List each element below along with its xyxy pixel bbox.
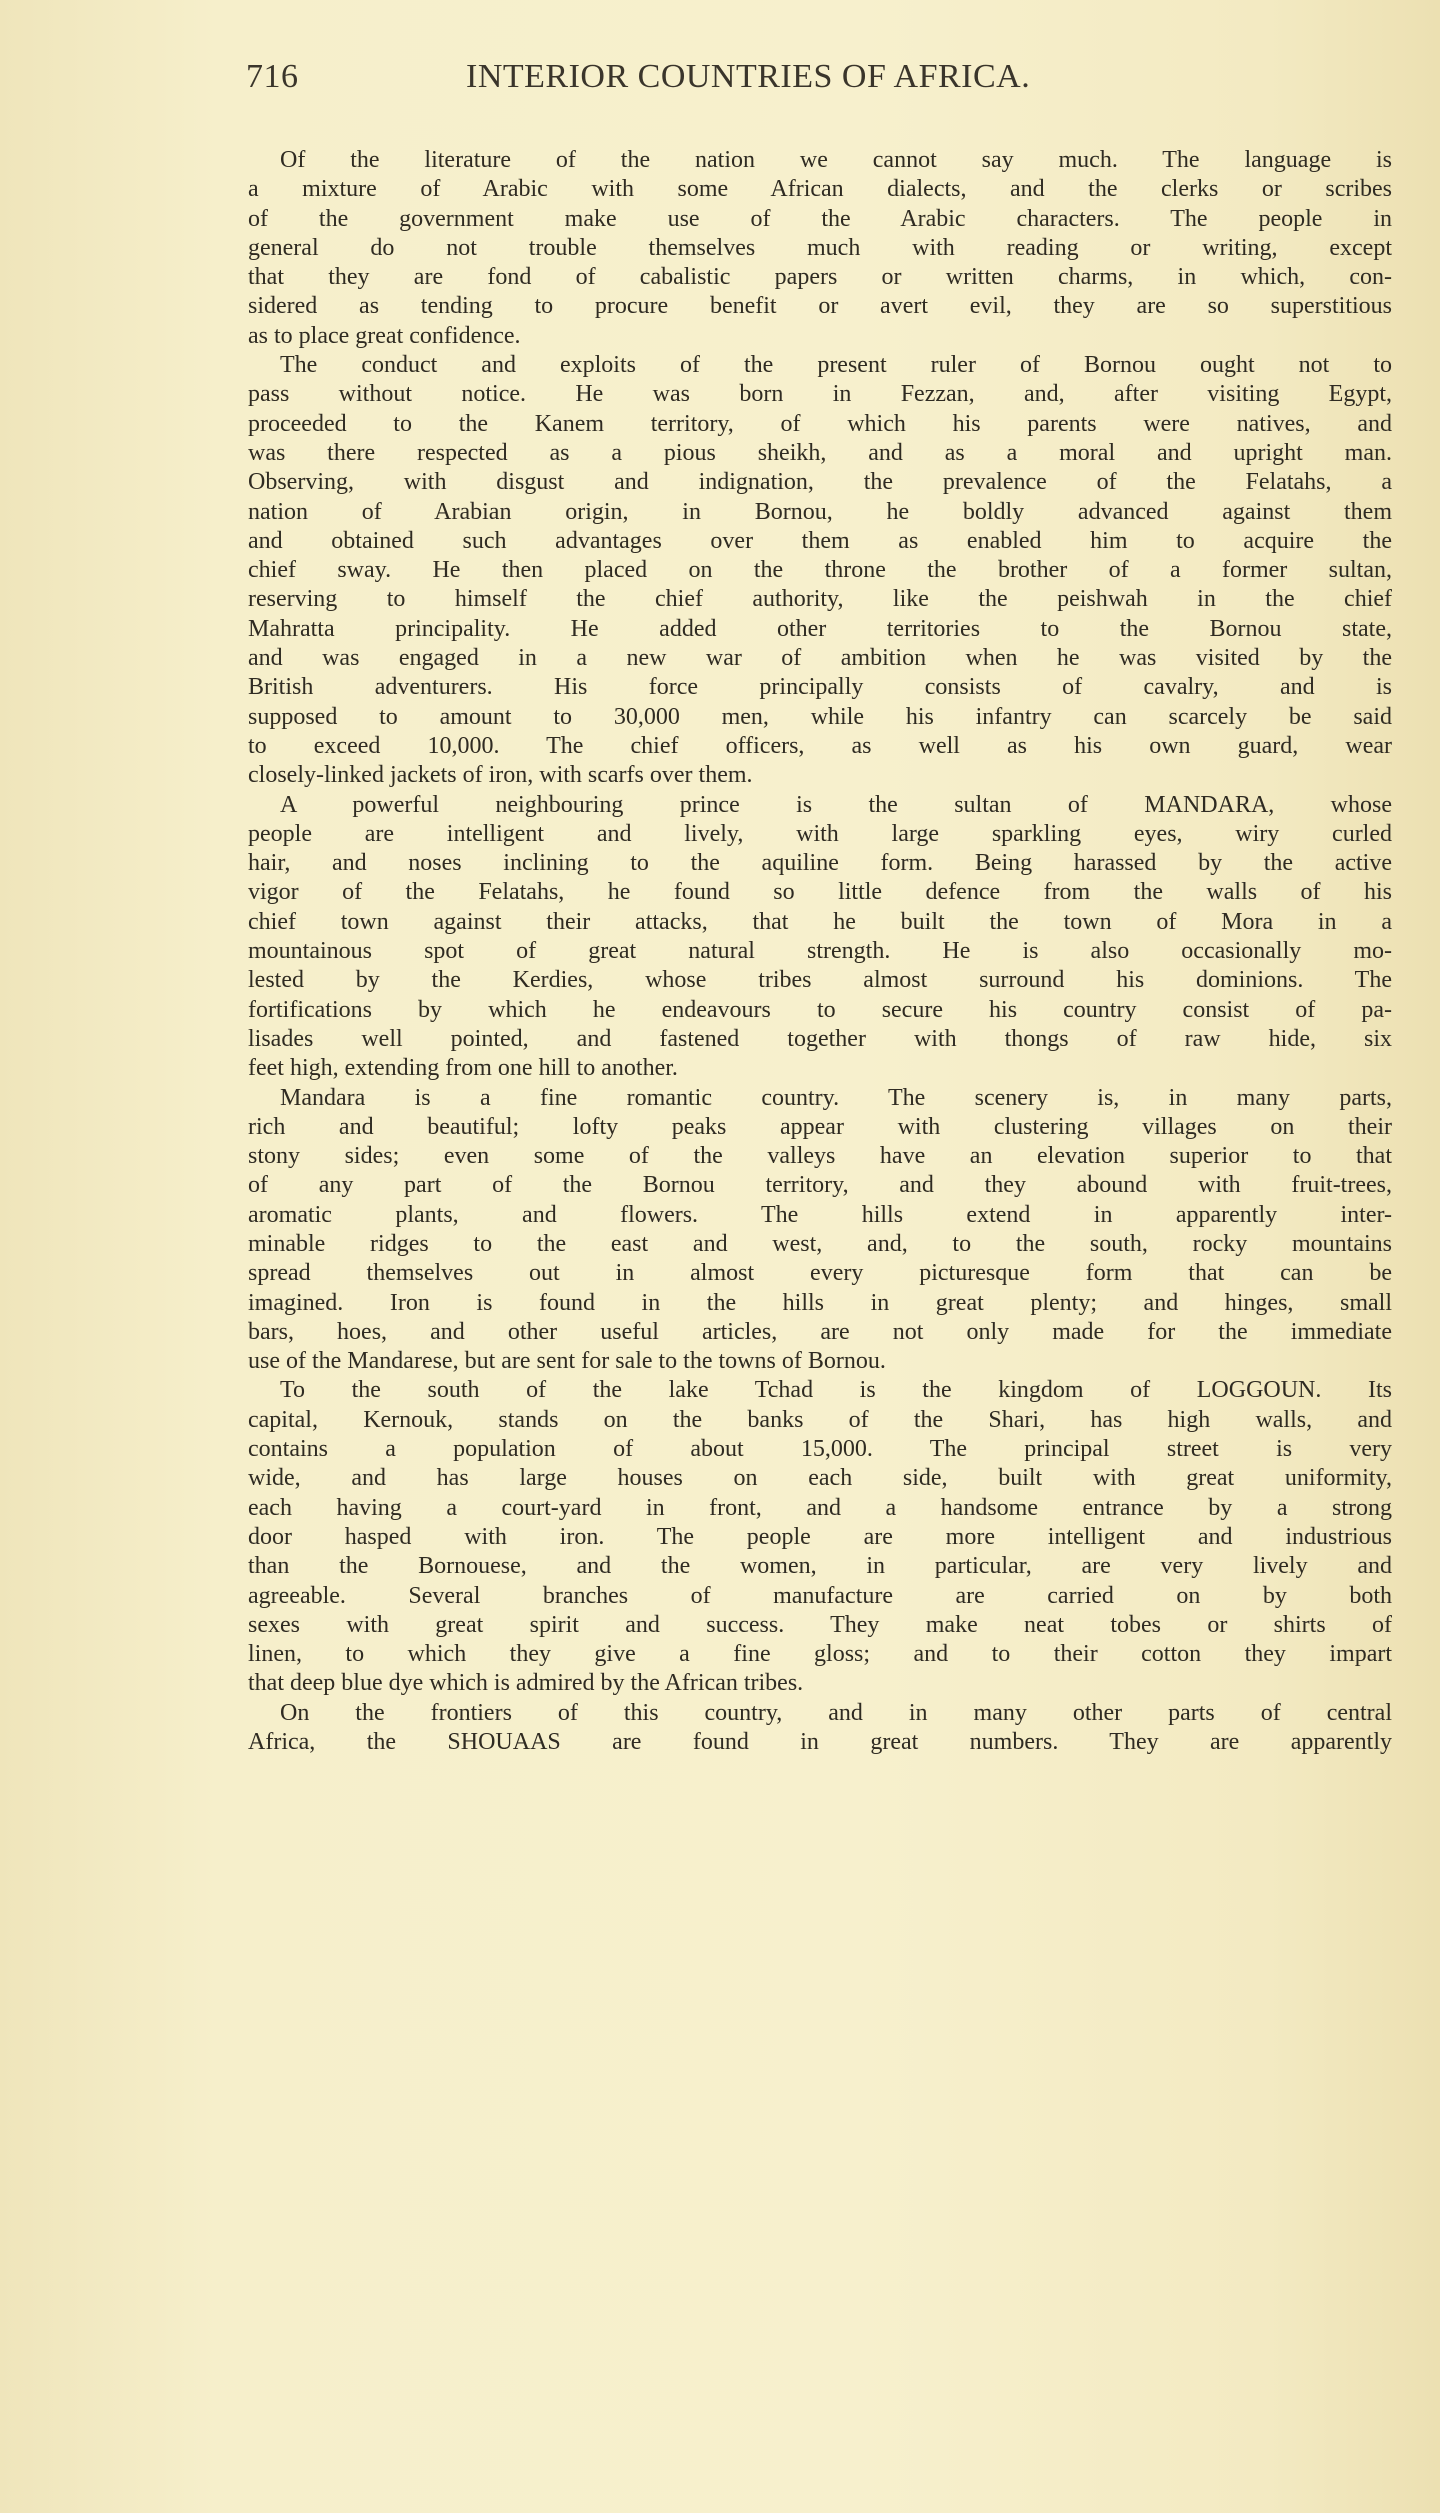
text-line: lested by the Kerdies, whose tribes almo… — [248, 966, 1392, 995]
text-line: pass without notice. He was born in Fezz… — [248, 380, 1392, 409]
paragraph-loggoun: To the south of the lake Tchad is the ki… — [248, 1376, 1392, 1698]
text-line: The conduct and exploits of the present … — [248, 351, 1392, 380]
text-line: Mandara is a fine romantic country. The … — [248, 1084, 1392, 1113]
text-line: as to place great confidence. — [248, 322, 1392, 351]
text-line: contains a population of about 15,000. T… — [248, 1435, 1392, 1464]
paragraph-literature: Of the literature of the nation we canno… — [248, 146, 1392, 351]
text-line: hair, and noses inclining to the aquilin… — [248, 849, 1392, 878]
text-line: each having a court-yard in front, and a… — [248, 1494, 1392, 1523]
text-line: capital, Kernouk, stands on the banks of… — [248, 1406, 1392, 1435]
text-line: spread themselves out in almost every pi… — [248, 1259, 1392, 1288]
text-line: rich and beautiful; lofty peaks appear w… — [248, 1113, 1392, 1142]
text-line: agreeable. Several branches of manufactu… — [248, 1582, 1392, 1611]
text-line: minable ridges to the east and west, and… — [248, 1230, 1392, 1259]
text-line: and obtained such advantages over them a… — [248, 527, 1392, 556]
text-line: Mahratta principality. He added other te… — [248, 615, 1392, 644]
text-line: British adventurers. His force principal… — [248, 673, 1392, 702]
text-line: of the government make use of the Arabic… — [248, 205, 1392, 234]
text-line: Of the literature of the nation we canno… — [248, 146, 1392, 175]
running-title: INTERIOR COUNTRIES OF AFRICA. — [466, 58, 1030, 96]
text-line: reserving to himself the chief authority… — [248, 585, 1392, 614]
paragraph-ruler-of-bornou: The conduct and exploits of the present … — [248, 351, 1392, 790]
text-line: to exceed 10,000. The chief officers, as… — [248, 732, 1392, 761]
text-line: fortifications by which he endeavours to… — [248, 996, 1392, 1025]
text-line: chief sway. He then placed on the throne… — [248, 556, 1392, 585]
text-line: that they are fond of cabalistic papers … — [248, 263, 1392, 292]
text-line: stony sides; even some of the valleys ha… — [248, 1142, 1392, 1171]
text-line: Africa, the SHOUAAS are found in great n… — [248, 1728, 1392, 1757]
text-line: proceeded to the Kanem territory, of whi… — [248, 410, 1392, 439]
text-line: sidered as tending to procure benefit or… — [248, 292, 1392, 321]
paragraph-mandara-country: Mandara is a fine romantic country. The … — [248, 1084, 1392, 1377]
text-line: bars, hoes, and other useful articles, a… — [248, 1318, 1392, 1347]
text-line: use of the Mandarese, but are sent for s… — [248, 1347, 1392, 1376]
text-line: was there respected as a pious sheikh, a… — [248, 439, 1392, 468]
text-line: that deep blue dye which is admired by t… — [248, 1669, 1392, 1698]
text-line: To the south of the lake Tchad is the ki… — [248, 1376, 1392, 1405]
text-line: sexes with great spirit and success. The… — [248, 1611, 1392, 1640]
text-line: closely-linked jackets of iron, with sca… — [248, 761, 1392, 790]
text-line: feet high, extending from one hill to an… — [248, 1054, 1392, 1083]
text-line: people are intelligent and lively, with … — [248, 820, 1392, 849]
text-line: mountainous spot of great natural streng… — [248, 937, 1392, 966]
text-line: a mixture of Arabic with some African di… — [248, 175, 1392, 204]
text-line: Observing, with disgust and indignation,… — [248, 468, 1392, 497]
text-line: and was engaged in a new war of ambition… — [248, 644, 1392, 673]
text-line: wide, and has large houses on each side,… — [248, 1464, 1392, 1493]
text-line: nation of Arabian origin, in Bornou, he … — [248, 498, 1392, 527]
body-text: Of the literature of the nation we canno… — [248, 146, 1392, 1757]
text-line: general do not trouble themselves much w… — [248, 234, 1392, 263]
text-line: supposed to amount to 30,000 men, while … — [248, 703, 1392, 732]
text-line: chief town against their attacks, that h… — [248, 908, 1392, 937]
text-line: linen, to which they give a fine gloss; … — [248, 1640, 1392, 1669]
paragraph-shouaas: On the frontiers of this country, and in… — [248, 1699, 1392, 1758]
paragraph-mandara-sultan: A powerful neighbouring prince is the su… — [248, 791, 1392, 1084]
running-head: 716 INTERIOR COUNTRIES OF AFRICA. — [246, 58, 1246, 98]
page-number: 716 — [246, 58, 299, 96]
text-line: aromatic plants, and flowers. The hills … — [248, 1201, 1392, 1230]
text-line: lisades well pointed, and fastened toget… — [248, 1025, 1392, 1054]
text-line: On the frontiers of this country, and in… — [248, 1699, 1392, 1728]
text-line: imagined. Iron is found in the hills in … — [248, 1289, 1392, 1318]
book-page: 716 INTERIOR COUNTRIES OF AFRICA. Of the… — [0, 0, 1440, 2513]
text-line: than the Bornouese, and the women, in pa… — [248, 1552, 1392, 1581]
text-line: door hasped with iron. The people are mo… — [248, 1523, 1392, 1552]
text-line: of any part of the Bornou territory, and… — [248, 1171, 1392, 1200]
text-line: A powerful neighbouring prince is the su… — [248, 791, 1392, 820]
text-line: vigor of the Felatahs, he found so littl… — [248, 878, 1392, 907]
